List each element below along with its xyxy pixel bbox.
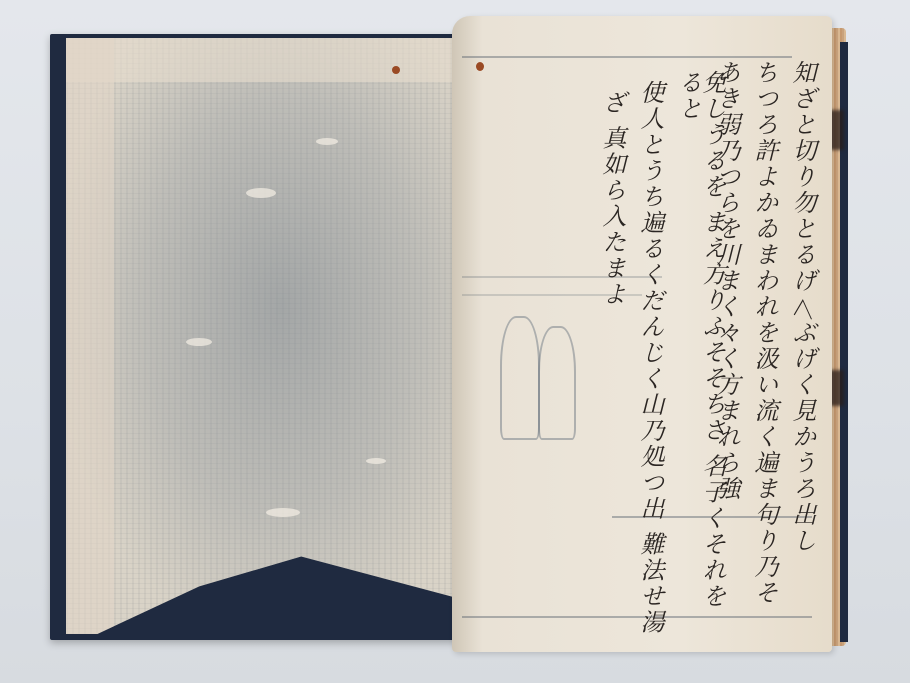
illustrated-figure (538, 326, 576, 440)
text-column-6: ざ 真如ら入たまよ (600, 90, 624, 390)
text-column-2: ちつろ許よかゐまわれを汲い流く遍ま句り乃そ (752, 60, 776, 620)
paper-fiber (246, 188, 276, 198)
top-margin (66, 38, 458, 82)
illustrated-figure (500, 316, 540, 440)
text-column-1: 知ざと切り勿とるげ＜ぶげく見かうろ出し (790, 60, 814, 620)
rust-stain (392, 66, 400, 74)
paper-fiber (266, 508, 300, 517)
illustration-line (462, 276, 662, 278)
illustration-border (462, 56, 792, 58)
paper-fiber (316, 138, 338, 145)
text-column-5: 使人とうち遍るくだんじく山乃処つ出 難法せ湯 (638, 80, 662, 640)
left-margin (66, 38, 114, 634)
left-endpaper (66, 38, 458, 634)
text-column-4: 免しうるを まえ方りふそそちさ 名子くそれをると (676, 70, 724, 630)
paper-fiber (186, 338, 212, 346)
rust-stain (476, 62, 484, 71)
paper-fiber (366, 458, 386, 464)
